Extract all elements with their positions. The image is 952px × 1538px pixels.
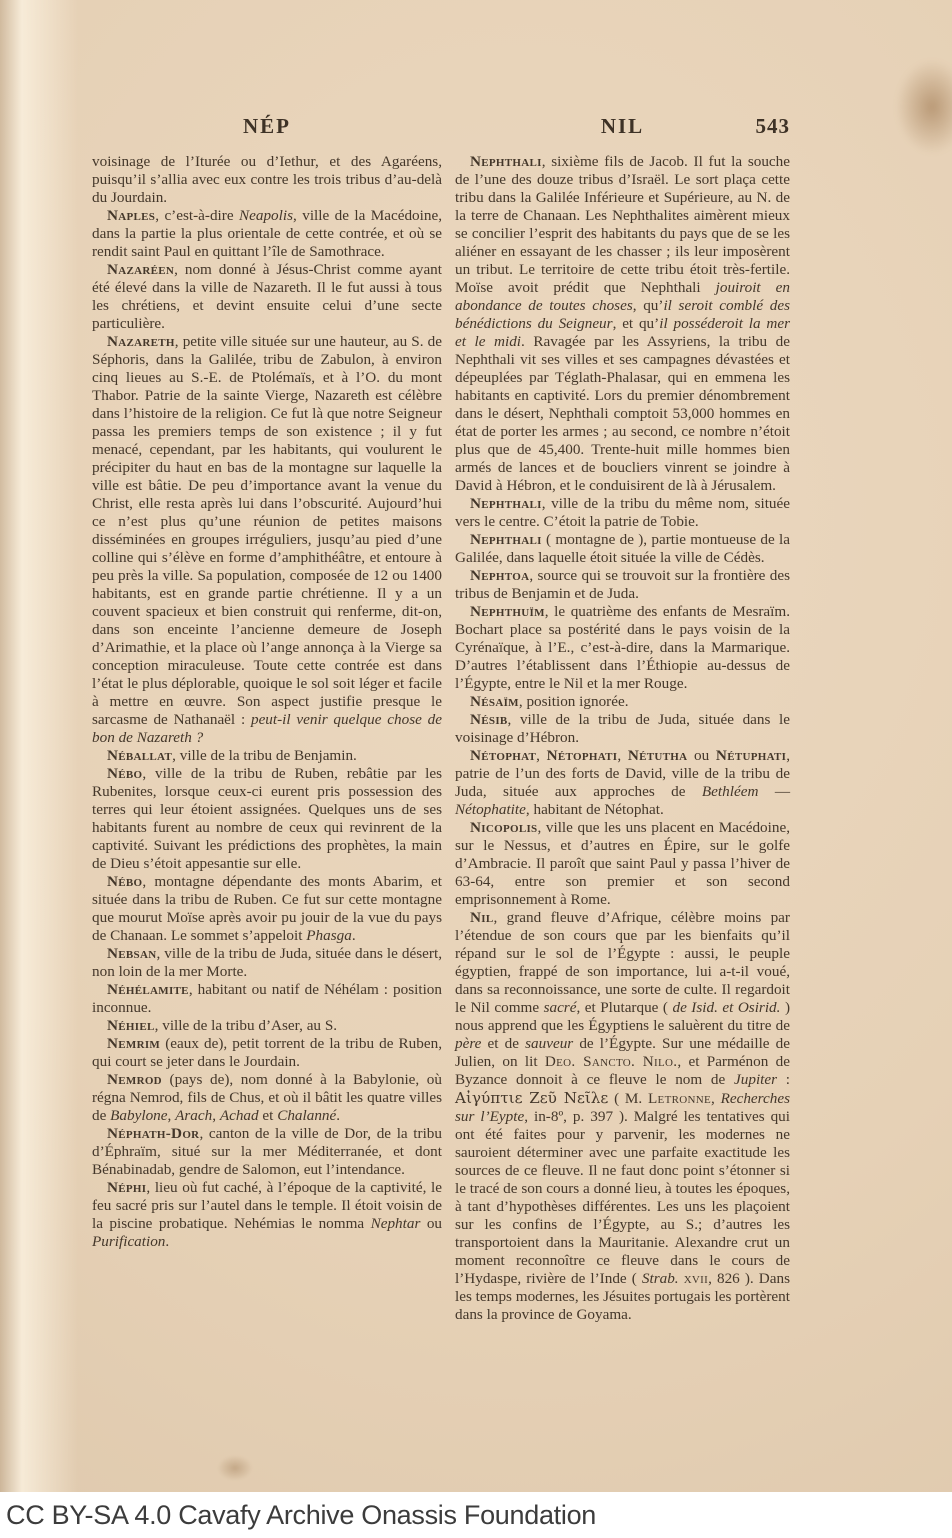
headword: Néhiel bbox=[107, 1017, 155, 1034]
headword: Nétophat bbox=[470, 747, 536, 764]
license-bar: CC BY-SA 4.0 Cavafy Archive Onassis Foun… bbox=[0, 1492, 952, 1538]
text-run: — bbox=[758, 783, 790, 800]
entry-nesib: Nésib, ville de la tribu de Juda, située… bbox=[455, 711, 790, 747]
page-binding-shading bbox=[0, 0, 80, 1492]
text-run: , position ignorée. bbox=[519, 693, 629, 710]
text-column-right: Nephthali, sixième fils de Jacob. Il fut… bbox=[455, 153, 790, 1324]
headword: Nemrod bbox=[107, 1071, 162, 1088]
text-run: . bbox=[165, 1233, 169, 1250]
text-run: et bbox=[259, 1107, 278, 1124]
entry-nesaim: Nésaïm, position ignorée. bbox=[455, 693, 790, 711]
entry-nephthuim: Nephthuïm, le quatrième des enfants de M… bbox=[455, 603, 790, 693]
small-caps-text: Letronne bbox=[648, 1090, 711, 1107]
entry-nehiel: Néhiel, ville de la tribu d’Aser, au S. bbox=[92, 1017, 442, 1035]
text-run: ( M. bbox=[608, 1090, 648, 1107]
italic-text: père bbox=[455, 1035, 481, 1052]
headword: Nétuphati bbox=[716, 747, 786, 764]
entry-nehelamite: Néhélamite, habitant ou natif de Néhélam… bbox=[92, 981, 442, 1017]
text-run: : bbox=[777, 1071, 790, 1088]
text-run: , montagne dépendante des monts Abarim, … bbox=[92, 873, 442, 944]
headword: Nésib bbox=[470, 711, 508, 728]
text-run: , bbox=[168, 1107, 176, 1124]
small-caps-text: Deo. Sancto. Nilo. bbox=[545, 1053, 677, 1070]
entry-nephthali-montagne: Nephthali ( montagne de ), partie montue… bbox=[455, 531, 790, 567]
entry-nephtoa: Nephtoa, source qui se trouvoit sur la f… bbox=[455, 567, 790, 603]
italic-text: Babylone bbox=[110, 1107, 167, 1124]
headword: Nephthali bbox=[470, 531, 542, 548]
license-text: CC BY-SA 4.0 Cavafy Archive Onassis Foun… bbox=[0, 1500, 596, 1531]
text-run: , bbox=[711, 1090, 721, 1107]
italic-text: Nétophatite bbox=[455, 801, 526, 818]
paper-stain-bottom bbox=[210, 1450, 260, 1486]
small-caps-text: xvii bbox=[684, 1270, 708, 1287]
text-run: ou bbox=[687, 747, 716, 764]
headword: Néhélamite bbox=[107, 981, 189, 998]
text-run: , et Plutarque ( bbox=[576, 999, 672, 1016]
text-run: , c’est-à-dire bbox=[155, 207, 239, 224]
scanned-book-page: NÉP NIL 543 voisinage de l’Iturée ou d’I… bbox=[0, 0, 952, 1492]
page-number: 543 bbox=[756, 114, 791, 139]
italic-text: Purification bbox=[92, 1233, 165, 1250]
headword: Nébo bbox=[107, 765, 142, 782]
text-run: , ville de la tribu d’Aser, au S. bbox=[155, 1017, 337, 1034]
entry-nephath-dor: Néphath-Dor, canton de la ville de Dor, … bbox=[92, 1125, 442, 1179]
text-run: . Ravagée par les Assyriens, la tribu de… bbox=[455, 333, 790, 494]
entry-continuation-agareens: voisinage de l’Iturée ou d’Iethur, et de… bbox=[92, 153, 442, 207]
italic-text: Jupiter bbox=[734, 1071, 777, 1088]
headword: Naples bbox=[107, 207, 155, 224]
italic-text: Neapolis bbox=[239, 207, 293, 224]
text-run: . bbox=[336, 1107, 340, 1124]
entry-nephi: Néphi, lieu où fut caché, à l’époque de … bbox=[92, 1179, 442, 1251]
headword: Nébo bbox=[107, 873, 142, 890]
italic-text: Phasga bbox=[306, 927, 352, 944]
text-run: , et qu’ bbox=[613, 315, 660, 332]
entry-nebo-montagne: Nébo, montagne dépendante des monts Abar… bbox=[92, 873, 442, 945]
two-column-text: voisinage de l’Iturée ou d’Iethur, et de… bbox=[92, 153, 790, 1324]
text-run: , petite ville située sur une hauteur, a… bbox=[92, 333, 442, 728]
text-run: , sixième fils de Jacob. Il fut la souch… bbox=[455, 153, 790, 296]
text-run: , bbox=[617, 747, 627, 764]
entry-neballat: Néballat, ville de la tribu de Benjamin. bbox=[92, 747, 442, 765]
entry-nicopolis: Nicopolis, ville que les uns placent en … bbox=[455, 819, 790, 909]
headword: Nephthali bbox=[470, 153, 542, 170]
text-run: , qu’ bbox=[633, 297, 664, 314]
entry-nebo-ville: Nébo, ville de la tribu de Ruben, rebâti… bbox=[92, 765, 442, 873]
headword: Néphi bbox=[107, 1179, 146, 1196]
entry-nephthali-ville: Nephthali, ville de la tribu du même nom… bbox=[455, 495, 790, 531]
headword: Nil bbox=[470, 909, 494, 926]
text-run: et de bbox=[481, 1035, 525, 1052]
entry-nazareth: Nazareth, petite ville située sur une ha… bbox=[92, 333, 442, 747]
headword: Nephthali bbox=[470, 495, 542, 512]
italic-text: Bethléem bbox=[702, 783, 759, 800]
text-run: , ville de la tribu de Benjamin. bbox=[172, 747, 357, 764]
italic-text: Achad bbox=[220, 1107, 259, 1124]
text-run: , habitant de Nétophat. bbox=[526, 801, 664, 818]
entry-nil: Nil, grand fleuve d’Afrique, célèbre moi… bbox=[455, 909, 790, 1324]
entry-nephthali-fils: Nephthali, sixième fils de Jacob. Il fut… bbox=[455, 153, 790, 495]
text-run: . bbox=[352, 927, 356, 944]
entry-nebsan: Nebsan, ville de la tribu de Juda, situé… bbox=[92, 945, 442, 981]
greek-text: Αἰγύπτιε Ζεῦ Νεῖλε bbox=[455, 1089, 608, 1107]
entry-nazareen: Nazaréen, nom donné à Jésus-Christ comme… bbox=[92, 261, 442, 333]
italic-text: Strab. bbox=[642, 1270, 679, 1287]
text-column-left: voisinage de l’Iturée ou d’Iethur, et de… bbox=[92, 153, 442, 1324]
headword: Nephtoa bbox=[470, 567, 529, 584]
headword: Nésaïm bbox=[470, 693, 519, 710]
headword: Néballat bbox=[107, 747, 172, 764]
headword: Nicopolis bbox=[470, 819, 537, 836]
headword: Nétutha bbox=[628, 747, 688, 764]
headword: Nazaréen bbox=[107, 261, 174, 278]
headword: Néphath-Dor bbox=[107, 1125, 199, 1142]
running-head-left-word: NÉP bbox=[92, 114, 442, 139]
entry-nemrod: Nemrod (pays de), nom donné à la Babylon… bbox=[92, 1071, 442, 1125]
italic-text: de Isid. et Osirid. bbox=[672, 999, 780, 1016]
italic-text: Nephtar bbox=[371, 1215, 421, 1232]
entry-naples: Naples, c’est-à-dire Neapolis, ville de … bbox=[92, 207, 442, 261]
italic-text: Arach bbox=[175, 1107, 212, 1124]
entry-netophat: Nétophat, Nétophati, Nétutha ou Nétuphat… bbox=[455, 747, 790, 819]
running-head: NÉP NIL 543 bbox=[92, 114, 790, 140]
paper-stain-top-right bbox=[882, 42, 952, 172]
headword: Nebsan bbox=[107, 945, 156, 962]
text-run: , bbox=[536, 747, 546, 764]
running-head-right-word: NIL bbox=[455, 114, 790, 139]
italic-text: sauveur bbox=[525, 1035, 573, 1052]
headword: Nétophati bbox=[547, 747, 618, 764]
italic-text: sacré bbox=[544, 999, 577, 1016]
headword: Nazareth bbox=[107, 333, 175, 350]
printed-page-area: NÉP NIL 543 voisinage de l’Iturée ou d’I… bbox=[92, 114, 790, 1324]
entry-nemrim: Nemrim (eaux de), petit torrent de la tr… bbox=[92, 1035, 442, 1071]
italic-text: Chalanné bbox=[277, 1107, 336, 1124]
text-run: voisinage de l’Iturée ou d’Iethur, et de… bbox=[92, 153, 442, 206]
text-run: , ville de la tribu de Ruben, rebâtie pa… bbox=[92, 765, 442, 872]
headword: Nephthuïm bbox=[470, 603, 545, 620]
text-run: , in-8º, p. 397 ). Malgré les tentatives… bbox=[455, 1108, 790, 1287]
text-run: ou bbox=[420, 1215, 442, 1232]
headword: Nemrim bbox=[107, 1035, 160, 1052]
text-run: , bbox=[212, 1107, 220, 1124]
